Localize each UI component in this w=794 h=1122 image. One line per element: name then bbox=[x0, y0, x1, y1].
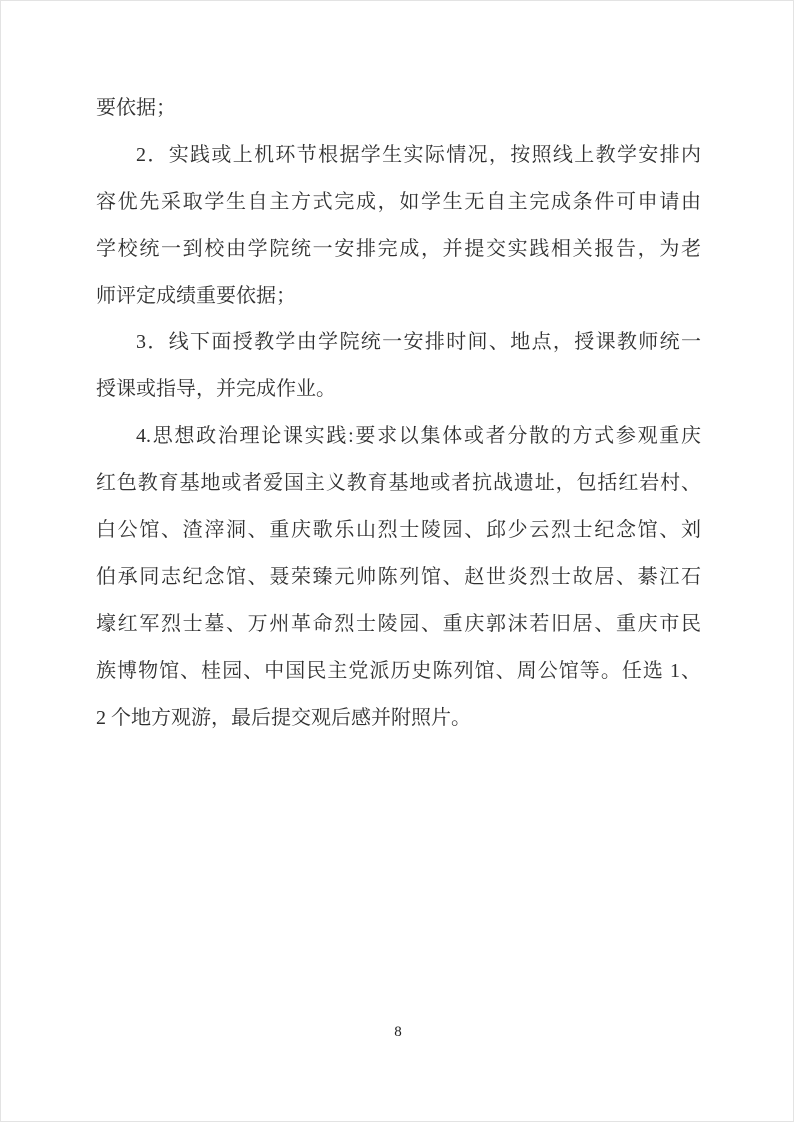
paragraph-item-2: 2．实践或上机环节根据学生实际情况，按照线上教学安排内 容优先采取学生自主方式完… bbox=[96, 132, 701, 320]
text-line: 师评定成绩重要依据； bbox=[96, 273, 701, 320]
page-footer: 8 bbox=[1, 1023, 794, 1041]
text-line: 4.思想政治理论课实践:要求以集体或者分散的方式参观重庆 bbox=[96, 413, 701, 460]
text-line: 红色教育基地或者爱国主义教育基地或者抗战遗址，包括红岩村、 bbox=[96, 460, 701, 507]
text-line: 学校统一到校由学院统一安排完成，并提交实践相关报告，为老 bbox=[96, 226, 701, 273]
text-line: 3．线下面授教学由学院统一安排时间、地点，授课教师统一 bbox=[96, 319, 701, 366]
text-line: 2 个地方观游，最后提交观后感并附照片。 bbox=[96, 695, 701, 742]
paragraph-continuation: 要依据； bbox=[96, 85, 701, 132]
page-number: 8 bbox=[394, 1024, 402, 1040]
text-line: 壕红军烈士墓、万州革命烈士陵园、重庆郭沫若旧居、重庆市民 bbox=[96, 601, 701, 648]
text-line: 要依据； bbox=[96, 85, 701, 132]
paragraph-item-4: 4.思想政治理论课实践:要求以集体或者分散的方式参观重庆 红色教育基地或者爱国主… bbox=[96, 413, 701, 741]
paragraph-item-3: 3．线下面授教学由学院统一安排时间、地点，授课教师统一 授课或指导，并完成作业。 bbox=[96, 319, 701, 413]
text-line: 2．实践或上机环节根据学生实际情况，按照线上教学安排内 bbox=[96, 132, 701, 179]
document-body: 要依据； 2．实践或上机环节根据学生实际情况，按照线上教学安排内 容优先采取学生… bbox=[96, 85, 701, 741]
text-line: 族博物馆、桂园、中国民主党派历史陈列馆、周公馆等。任选 1、 bbox=[96, 648, 701, 695]
text-line: 授课或指导，并完成作业。 bbox=[96, 366, 701, 413]
document-page: 要依据； 2．实践或上机环节根据学生实际情况，按照线上教学安排内 容优先采取学生… bbox=[0, 0, 794, 1122]
text-line: 容优先采取学生自主方式完成，如学生无自主完成条件可申请由 bbox=[96, 179, 701, 226]
text-line: 白公馆、渣滓洞、重庆歌乐山烈士陵园、邱少云烈士纪念馆、刘 bbox=[96, 507, 701, 554]
text-line: 伯承同志纪念馆、聂荣臻元帅陈列馆、赵世炎烈士故居、綦江石 bbox=[96, 554, 701, 601]
